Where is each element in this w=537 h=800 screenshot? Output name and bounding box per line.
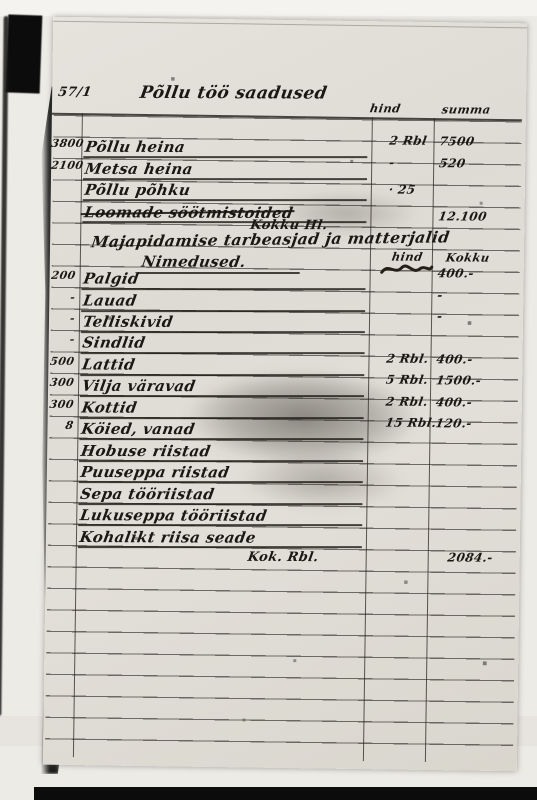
item-name: Hobuse riistad xyxy=(80,442,212,460)
handwritten-underline xyxy=(81,288,365,290)
handwritten-underline xyxy=(81,310,365,312)
amount-summa: 120.- xyxy=(434,416,473,430)
price-hind: 2 Rbl. xyxy=(385,395,429,409)
margin-qty: 2100 xyxy=(50,159,78,172)
margin-qty: 3800 xyxy=(50,137,78,150)
amount-summa: 400.- xyxy=(437,266,476,280)
amount-summa: 520 xyxy=(438,156,467,170)
ledger-sheet: 57/1 Põllu töö saadused hind summa 3800 … xyxy=(43,17,527,772)
total-label: Kok. Rbl. xyxy=(246,550,319,565)
photo-top-edge xyxy=(0,0,537,16)
handwritten-underline xyxy=(83,156,367,158)
amount-summa: 1500.- xyxy=(435,373,482,387)
margin-qty: - xyxy=(48,291,76,304)
handwritten-underline xyxy=(81,331,365,333)
item-name: Metsa heina xyxy=(84,160,195,178)
handwritten-underline xyxy=(80,374,364,376)
amount-summa: - xyxy=(436,309,444,323)
handwritten-underline xyxy=(79,438,363,440)
ledger-photo: 57/1 Põllu töö saadused hind summa 3800 … xyxy=(0,0,537,800)
handwritten-underline xyxy=(79,460,363,462)
price-hind: · 25 xyxy=(388,183,417,197)
handwritten-underline xyxy=(83,199,367,201)
section-subheading: Nimedused. xyxy=(140,253,247,271)
item-name: Palgid xyxy=(82,269,140,287)
item-name: Telliskivid xyxy=(81,313,174,331)
photo-specks xyxy=(53,17,54,18)
photo-frame-top-left xyxy=(6,14,43,93)
margin-qty: 200 xyxy=(49,269,77,282)
margin-qty: 300 xyxy=(47,376,75,389)
photo-frame-bottom xyxy=(34,787,537,800)
photo-frame-right-edge xyxy=(0,16,9,716)
item-name: Sepa tööriistad xyxy=(79,485,216,503)
margin-qty: 300 xyxy=(47,398,75,411)
margin-qty: 500 xyxy=(47,355,75,368)
item-name: Kottid xyxy=(80,398,138,416)
price-hind: 15 Rbl. xyxy=(384,416,437,430)
margin-qty: 8 xyxy=(46,419,74,432)
sheet-top-edge xyxy=(53,21,527,29)
amount-summa: 400.- xyxy=(435,395,474,409)
item-name: Vilja väravad xyxy=(81,377,197,395)
column-header-summa: summa xyxy=(441,102,492,116)
total-value: 2084.- xyxy=(447,551,494,565)
margin-reference: 57/1 xyxy=(57,85,93,100)
price-hind: - xyxy=(388,155,396,169)
column-header-hind: hind xyxy=(369,101,402,115)
item-name: Põllu põhku xyxy=(83,181,192,199)
column-header-kokku: Kokku xyxy=(445,250,491,264)
handwritten-underline xyxy=(80,395,364,397)
item-name: Sindlid xyxy=(81,334,147,352)
item-name: Lattid xyxy=(81,355,137,373)
price-hind: 5 Rbl. xyxy=(385,373,429,387)
item-name: Põllu heina xyxy=(84,138,187,156)
handwritten-underline xyxy=(80,417,364,419)
price-hind: 2 Rbl. xyxy=(385,352,429,366)
amount-summa: 7500 xyxy=(438,134,475,148)
item-name: Puuseppa riistad xyxy=(79,463,230,481)
handwritten-underline xyxy=(83,178,367,180)
handwritten-underline xyxy=(78,503,362,505)
amount-summa: 400.- xyxy=(435,352,474,366)
item-name: Lauad xyxy=(82,291,138,309)
item-name: Köied, vanad xyxy=(80,420,196,438)
page-title: Põllu töö saadused xyxy=(138,83,328,104)
amount-summa: - xyxy=(436,288,444,302)
margin-qty: - xyxy=(48,312,76,325)
item-name: Lukuseppa tööriistad xyxy=(79,506,269,525)
margin-qty: - xyxy=(48,333,76,346)
price-hind: 2 Rbl xyxy=(388,134,428,148)
handwritten-underline xyxy=(81,352,365,354)
amount-summa: 12.100 xyxy=(437,209,488,223)
